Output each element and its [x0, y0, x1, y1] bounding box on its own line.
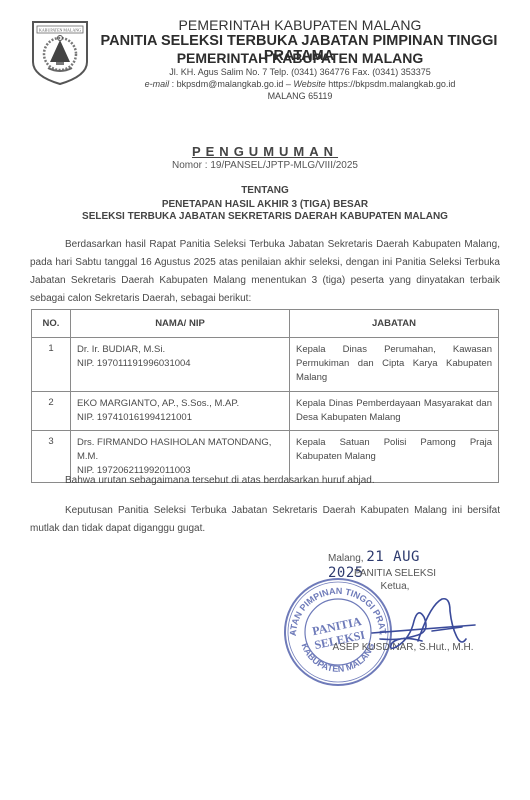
- candidate-position: Kepala Dinas Pemberdayaan Masyarakat dan…: [290, 392, 499, 431]
- header-no: NO.: [32, 310, 71, 338]
- subject-line-2: SELEKSI TERBUKA JABATAN SEKRETARIS DAERA…: [0, 211, 530, 222]
- letterhead-government-2: PEMERINTAH KABUPATEN MALANG: [100, 51, 500, 65]
- table-row: 1 Dr. Ir. BUDIAR, M.Si. NIP. 19701119199…: [32, 338, 499, 392]
- letterhead-contact: e-mail : bkpsdm@malangkab.go.id – Websit…: [100, 80, 500, 89]
- decision-note: Keputusan Panitia Seleksi Terbuka Jabata…: [30, 502, 500, 538]
- candidate-nip: NIP. 197011191996031004: [77, 357, 283, 371]
- website-label: Website: [293, 79, 325, 89]
- candidate-nip: NIP. 197410161994121001: [77, 411, 283, 425]
- results-table: NO. NAMA/ NIP JABATAN 1 Dr. Ir. BUDIAR, …: [31, 309, 499, 483]
- candidate-position: Kepala Dinas Perumahan, Kawasan Permukim…: [290, 338, 499, 392]
- about-label: TENTANG: [0, 185, 530, 196]
- table-row: 2 EKO MARGIANTO, AP., S.Sos., M.AP. NIP.…: [32, 392, 499, 431]
- header-name-nip: NAMA/ NIP: [71, 310, 290, 338]
- subject-line-1: PENETAPAN HASIL AKHIR 3 (TIGA) BESAR: [0, 199, 530, 210]
- svg-text:*: *: [292, 631, 295, 640]
- svg-text:KABUPATEN MALANG: KABUPATEN MALANG: [39, 28, 81, 33]
- website-link[interactable]: https://bkpsdm.malangkab.go.id: [328, 79, 455, 89]
- table-header-row: NO. NAMA/ NIP JABATAN: [32, 310, 499, 338]
- document-heading: PENGUMUMAN: [0, 144, 530, 159]
- signature-place: Malang,: [328, 553, 364, 564]
- document-number: Nomor : 19/PANSEL/JPTP-MLG/VIII/2025: [0, 160, 530, 171]
- intro-paragraph: Berdasarkan hasil Rapat Panitia Seleksi …: [30, 236, 500, 308]
- candidate-name: Drs. FIRMANDO HASIHOLAN MATONDANG, M.M.: [77, 436, 283, 464]
- handwritten-signature-icon: [370, 595, 480, 655]
- letterhead: KABUPATEN MALANG PEMERINTAH KABUPATEN MA…: [0, 0, 530, 88]
- candidate-cell: EKO MARGIANTO, AP., S.Sos., M.AP. NIP. 1…: [71, 392, 290, 431]
- email-label: e-mail: [145, 79, 170, 89]
- letterhead-city: MALANG 65119: [100, 92, 500, 101]
- row-number: 2: [32, 392, 71, 431]
- letterhead-address: Jl. KH. Agus Salim No. 7 Telp. (0341) 36…: [100, 68, 500, 77]
- kabupaten-malang-crest-icon: KABUPATEN MALANG: [30, 18, 90, 86]
- row-number: 1: [32, 338, 71, 392]
- candidate-name: EKO MARGIANTO, AP., S.Sos., M.AP.: [77, 397, 283, 411]
- order-note: Bahwa urutan sebagaimana tersebut di ata…: [30, 472, 500, 490]
- candidate-name: Dr. Ir. BUDIAR, M.Si.: [77, 343, 283, 357]
- header-position: JABATAN: [290, 310, 499, 338]
- email-link[interactable]: bkpsdm@malangkab.go.id: [177, 79, 284, 89]
- candidate-cell: Dr. Ir. BUDIAR, M.Si. NIP. 1970111919960…: [71, 338, 290, 392]
- letterhead-government: PEMERINTAH KABUPATEN MALANG: [100, 18, 500, 32]
